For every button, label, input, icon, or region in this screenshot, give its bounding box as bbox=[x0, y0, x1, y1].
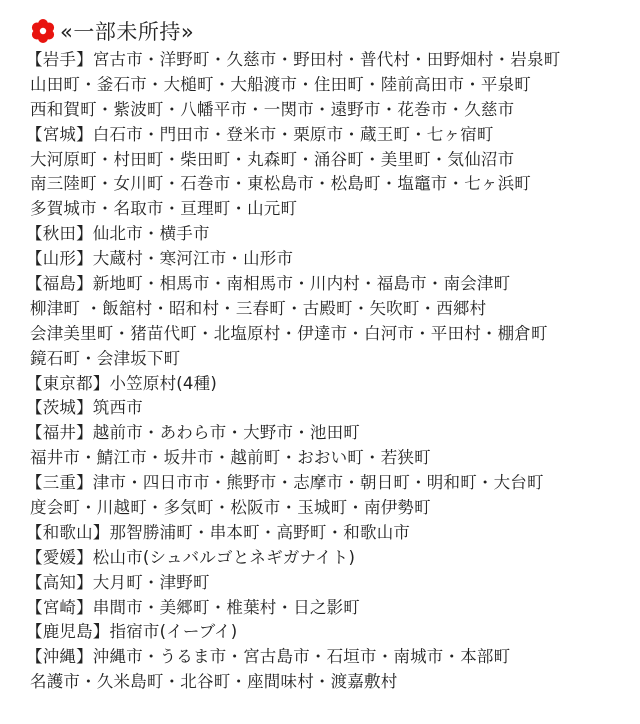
list-line: 【東京都】小笠原村(4種) bbox=[26, 372, 636, 397]
list-line: 【沖縄】沖縄市・うるま市・宮古島市・石垣市・南城市・本部町 bbox=[26, 645, 636, 670]
list-line: 【愛媛】松山市(シュバルゴとネギガナイト) bbox=[26, 546, 636, 571]
list-line: 【宮崎】串間市・美郷町・椎葉村・日之影町 bbox=[26, 596, 636, 621]
list-line: 【高知】大月町・津野町 bbox=[26, 571, 636, 596]
list-line: 西和賀町・紫波町・八幡平市・一関市・遠野市・花巻市・久慈市 bbox=[30, 98, 636, 123]
flower-icon bbox=[30, 18, 56, 44]
list-line: 【鹿児島】指宿市(イーブイ) bbox=[26, 620, 636, 645]
list-line: 【茨城】筑西市 bbox=[26, 396, 636, 421]
list-line: 大河原町・村田町・柴田町・丸森町・涌谷町・美里町・気仙沼市 bbox=[30, 148, 636, 173]
list-line: 福井市・鯖江市・坂井市・越前町・おおい町・若狭町 bbox=[30, 446, 636, 471]
list-line: 【宮城】白石市・門田市・登米市・栗原市・蔵王町・七ヶ宿町 bbox=[26, 123, 636, 148]
list-line: 山田町・釜石市・大槌町・大船渡市・住田町・陸前高田市・平泉町 bbox=[30, 73, 636, 98]
list-line: 【秋田】仙北市・横手市 bbox=[26, 222, 636, 247]
list-line: 【岩手】宮古市・洋野町・久慈市・野田村・普代村・田野畑村・岩泉町 bbox=[26, 48, 636, 73]
document: «一部未所持» 【岩手】宮古市・洋野町・久慈市・野田村・普代村・田野畑村・岩泉町… bbox=[30, 16, 636, 695]
list-line: 鏡石町・会津坂下町 bbox=[30, 347, 636, 372]
title-row: «一部未所持» bbox=[30, 16, 636, 46]
list-line: 柳津町 ・飯舘村・昭和村・三春町・古殿町・矢吹町・西郷村 bbox=[30, 297, 636, 322]
page-title: «一部未所持» bbox=[60, 16, 194, 46]
list-line: 名護市・久米島町・北谷町・座間味村・渡嘉敷村 bbox=[30, 670, 636, 695]
list-line: 会津美里町・猪苗代町・北塩原村・伊達市・白河市・平田村・棚倉町 bbox=[30, 322, 636, 347]
list-line: 南三陸町・女川町・石巻市・東松島市・松島町・塩竈市・七ヶ浜町 bbox=[30, 172, 636, 197]
list-line: 【和歌山】那智勝浦町・串本町・高野町・和歌山市 bbox=[26, 521, 636, 546]
list-line: 【山形】大蔵村・寒河江市・山形市 bbox=[26, 247, 636, 272]
list-line: 多賀城市・名取市・亘理町・山元町 bbox=[30, 197, 636, 222]
location-list: 【岩手】宮古市・洋野町・久慈市・野田村・普代村・田野畑村・岩泉町 山田町・釜石市… bbox=[30, 48, 636, 695]
list-line: 【三重】津市・四日市市・熊野市・志摩市・朝日町・明和町・大台町 bbox=[26, 471, 636, 496]
list-line: 【福島】新地町・相馬市・南相馬市・川内村・福島市・南会津町 bbox=[26, 272, 636, 297]
list-line: 度会町・川越町・多気町・松阪市・玉城町・南伊勢町 bbox=[30, 496, 636, 521]
list-line: 【福井】越前市・あわら市・大野市・池田町 bbox=[26, 421, 636, 446]
